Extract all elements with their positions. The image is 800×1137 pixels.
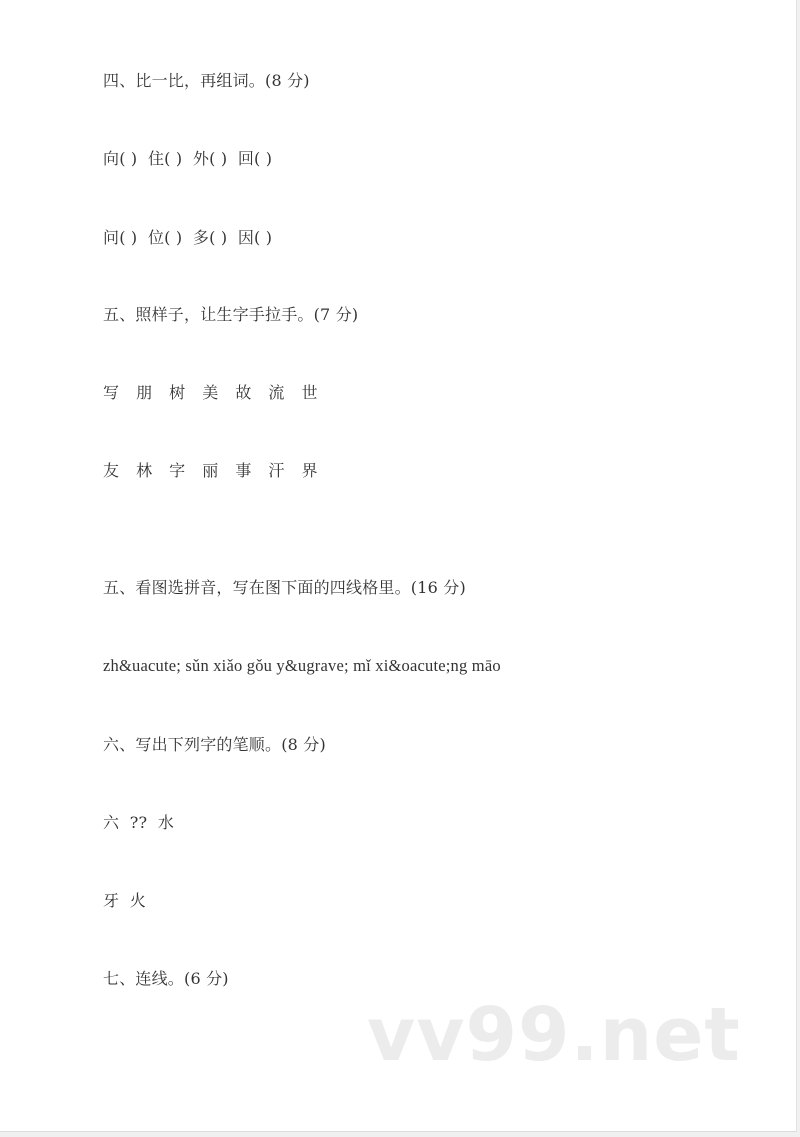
section-5-heading: 五、照样子，让生字手拉手。(7 分) [103, 305, 358, 325]
pinyin-options: zh&uacute; sǔn xiǎo gǒu y&ugrave; mǐ xi&… [103, 656, 501, 676]
section-6-heading: 六、写出下列字的笔顺。(8 分) [103, 735, 326, 755]
section-4-row-2: 问( ) 位( ) 多( ) 因( ) [103, 228, 272, 248]
section-5-row-1: 写 朋 树 美 故 流 世 [103, 383, 324, 403]
watermark: vv99.net [367, 995, 741, 1075]
section-5b-heading: 五、看图选拼音，写在图下面的四线格里。(16 分) [103, 578, 466, 598]
section-4-heading: 四、比一比，再组词。(8 分) [103, 71, 310, 91]
section-7-heading: 七、连线。(6 分) [103, 969, 229, 989]
section-5-row-2: 友 林 字 丽 事 汗 界 [103, 461, 324, 481]
section-4-row-1: 向( ) 住( ) 外( ) 回( ) [103, 149, 272, 169]
section-6-row-1: 六 ?? 水 [103, 813, 174, 833]
section-6-row-2: 牙 火 [103, 891, 146, 911]
document-page: 四、比一比，再组词。(8 分) 向( ) 住( ) 外( ) 回( ) 问( )… [0, 0, 797, 1132]
